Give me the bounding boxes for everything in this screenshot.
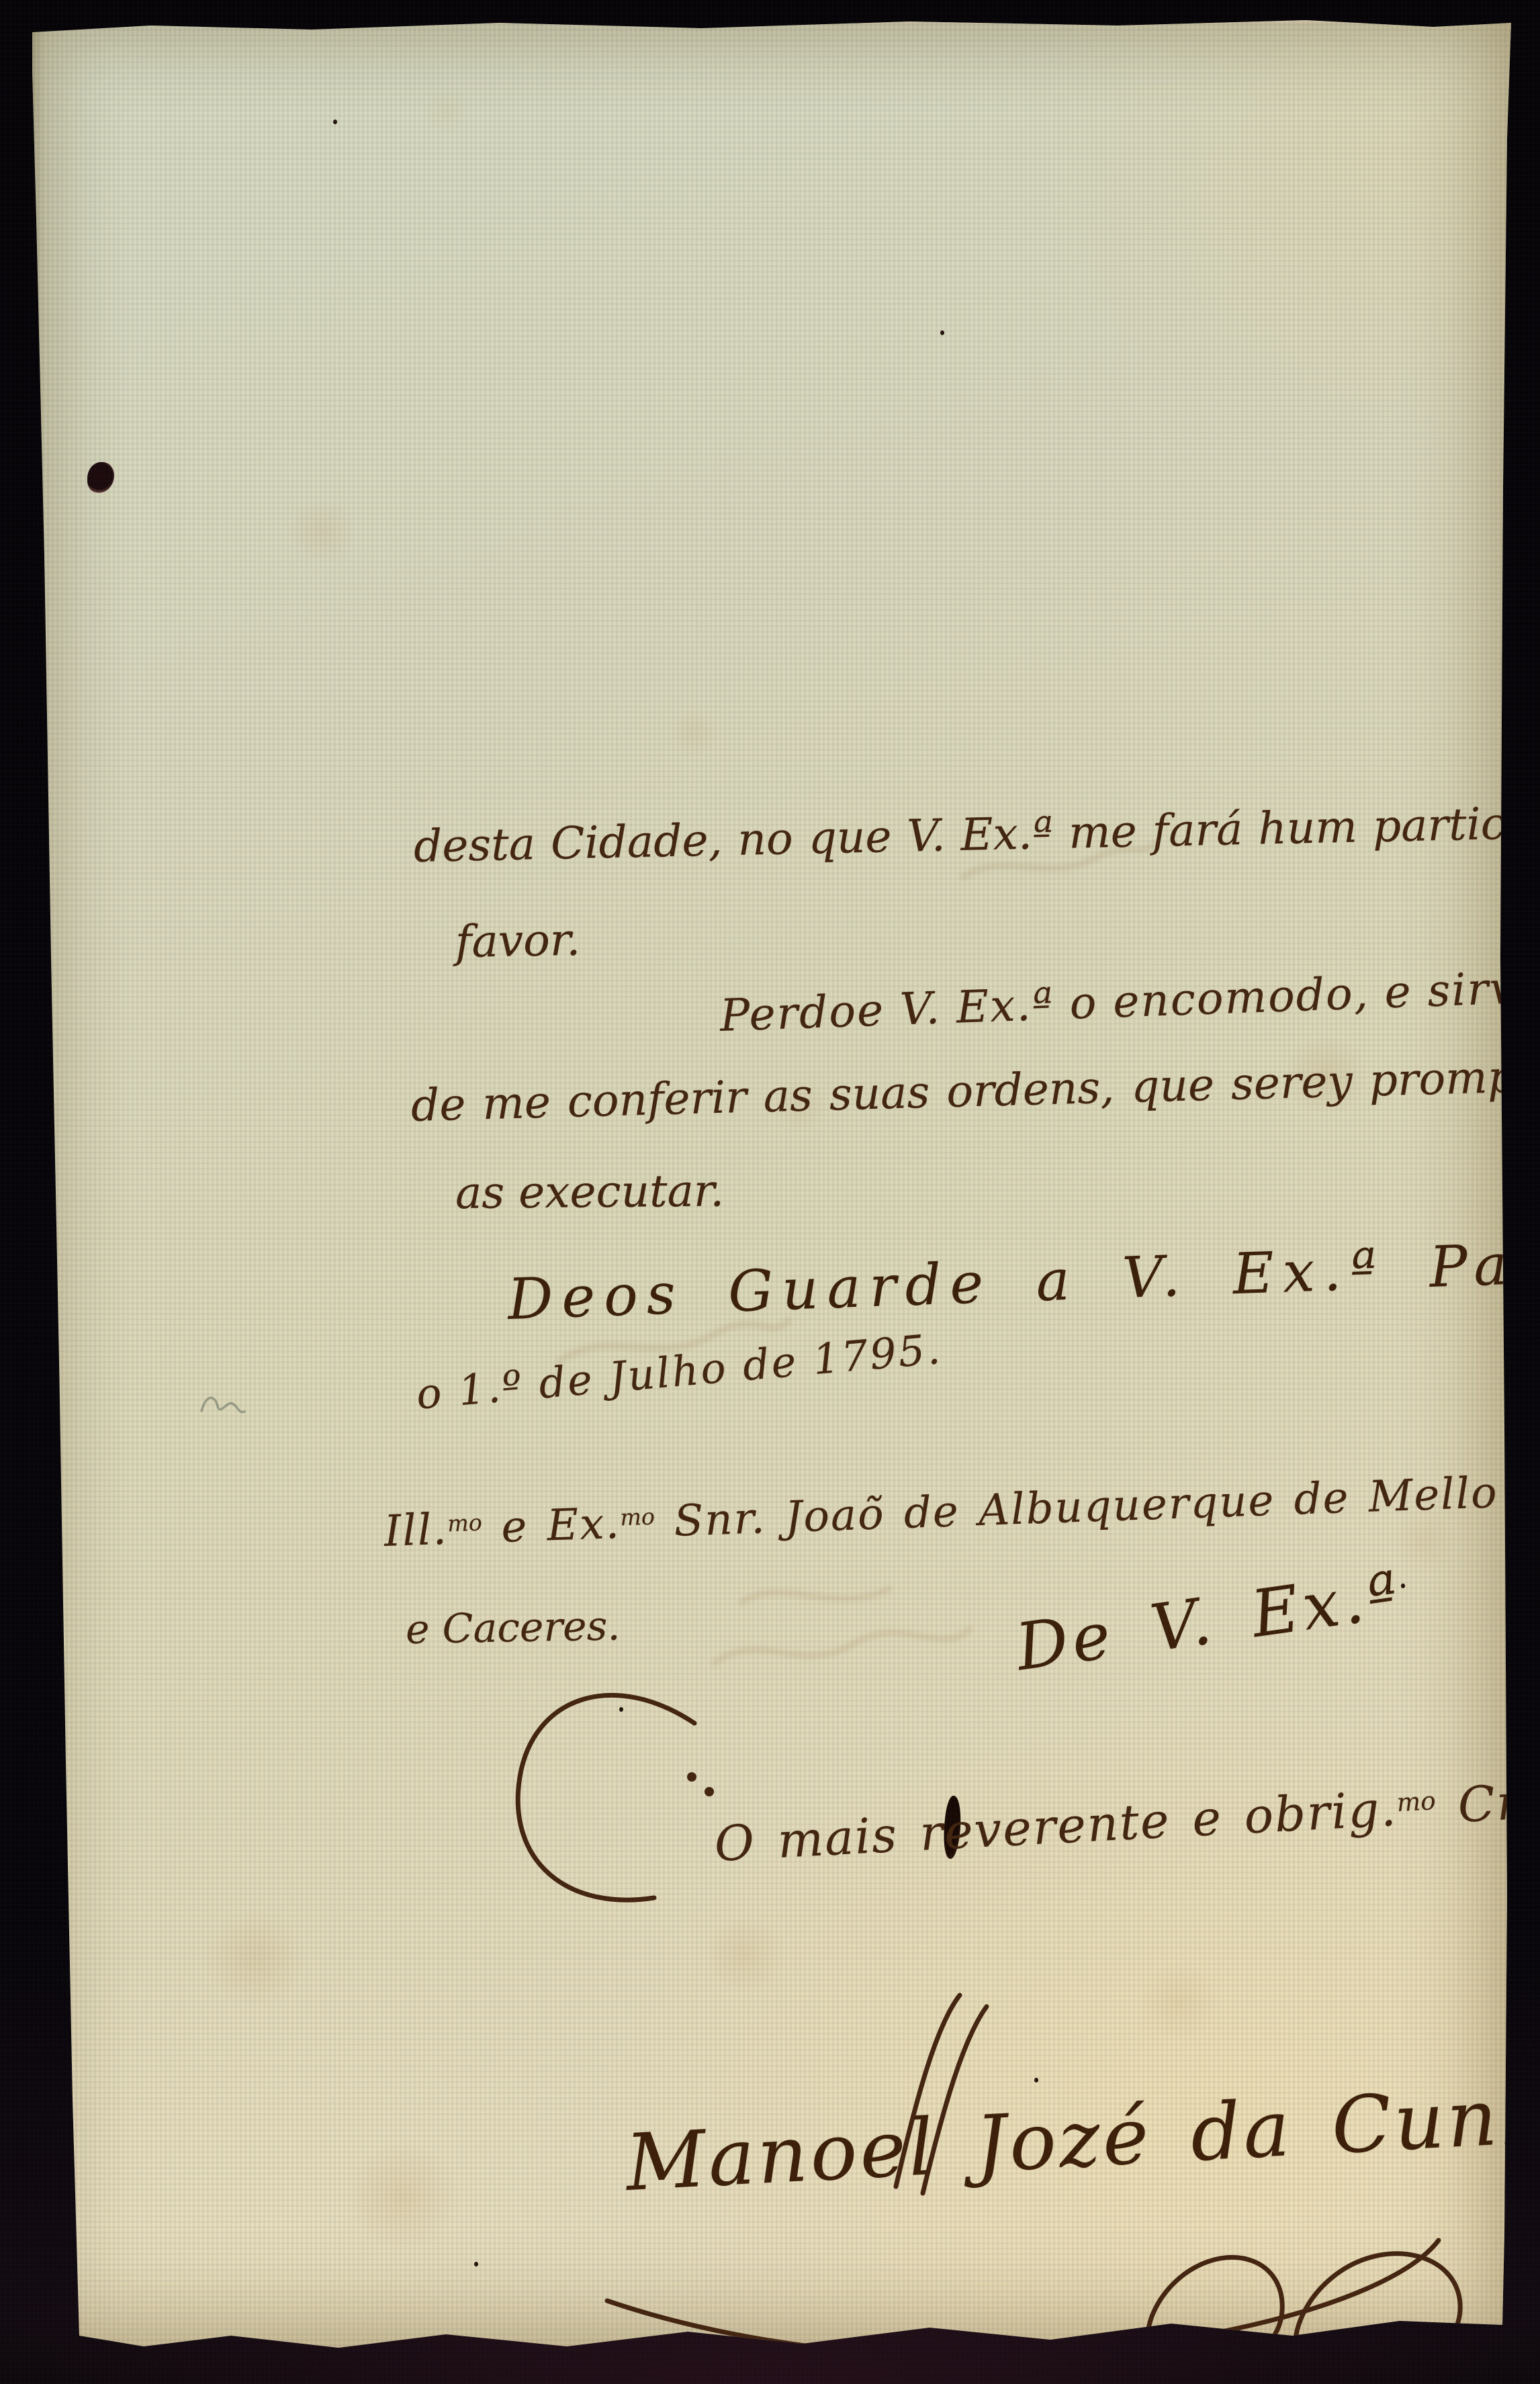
manuscript-page: desta Cidade, no que V. Ex.ª me fará hum… bbox=[30, 17, 1515, 2354]
paper-edge-top bbox=[30, 17, 1515, 26]
paper-shading bbox=[30, 17, 1515, 2354]
body-line-3: Perdoe V. Ex.ª o encomodo, e sirva-se bbox=[719, 959, 1540, 1042]
body-line-5: as executar. bbox=[455, 1165, 725, 1219]
body-line-4: de me conferir as suas ordens, que serey… bbox=[410, 1048, 1540, 1132]
valediction-seg: Criado. bbox=[1435, 1767, 1540, 1834]
valediction-superscript: mo bbox=[1396, 1786, 1436, 1817]
paper-edge-bottom bbox=[30, 2344, 1515, 2354]
addressee-superscript: mo bbox=[620, 1504, 655, 1531]
valediction-seg: O mais reverente e obrig. bbox=[713, 1780, 1398, 1872]
foxing-stain bbox=[1131, 1965, 1225, 2039]
foxing-stain bbox=[701, 1918, 788, 1992]
addressee-superscript: mo bbox=[447, 1510, 483, 1537]
photo-backdrop: desta Cidade, no que V. Ex.ª me fará hum… bbox=[0, 0, 1540, 2384]
foxing-stain bbox=[338, 2146, 466, 2247]
foxing-stain bbox=[668, 709, 721, 756]
ink-speck bbox=[474, 2262, 478, 2266]
paper-edge-right bbox=[1508, 17, 1515, 2354]
valediction-line: O mais reverente e obrig.mo Criado. bbox=[713, 1767, 1540, 1872]
foxing-stain bbox=[285, 501, 359, 561]
ink-speck bbox=[940, 330, 944, 335]
pencil-mark bbox=[197, 1381, 251, 1428]
foxing-stain bbox=[197, 1911, 312, 2005]
addressee-seg: Snr. Joaõ de Albuquerque de Mello Pereir… bbox=[654, 1461, 1540, 1547]
body-line-2: favor. bbox=[455, 914, 580, 968]
ink-speck bbox=[1034, 2078, 1038, 2082]
paraph-flourish bbox=[493, 1676, 721, 1918]
paper-edge-left bbox=[30, 17, 44, 2354]
salute-line: Deos Guarde a V. Ex.ª Pará, bbox=[506, 1228, 1540, 1332]
courtesy-line: De V. Ex.ª bbox=[1011, 1557, 1406, 1685]
show-through-mark bbox=[701, 1562, 983, 1696]
addressee-line-2: e Caceres. bbox=[405, 1602, 621, 1653]
ink-speck bbox=[1401, 1584, 1405, 1588]
addressee-seg: e Ex. bbox=[482, 1499, 621, 1553]
foxing-stain bbox=[419, 91, 473, 132]
addressee-seg: Ill. bbox=[383, 1505, 449, 1557]
addressee-line-1: Ill.mo e Ex.mo Snr. Joaõ de Albuquerque … bbox=[383, 1461, 1540, 1557]
edge-hole-blot bbox=[87, 462, 114, 493]
ink-speck bbox=[333, 120, 337, 124]
signature-rubric-flourish bbox=[587, 2187, 1540, 2384]
